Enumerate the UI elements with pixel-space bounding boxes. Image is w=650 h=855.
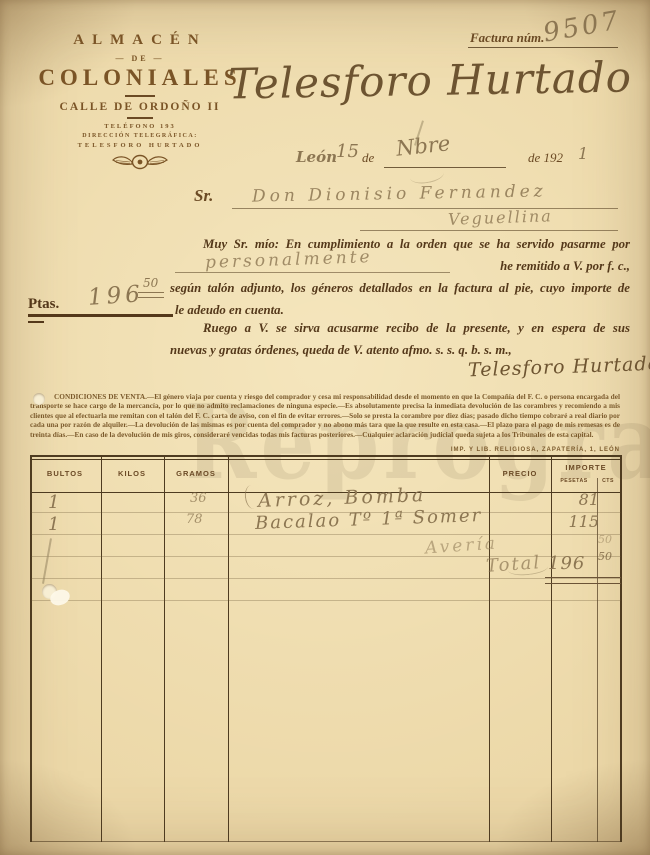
invoice-number-label: Factura núm. xyxy=(470,30,544,46)
table-row: 78 xyxy=(186,512,203,527)
letterhead-address: CALLE DE ORDOÑO II xyxy=(30,101,250,113)
date-de2: de 192 xyxy=(528,150,563,166)
printer-credit: IMP. Y LIB. RELIGIOSA, ZAPATERÍA, 1, LEÓ… xyxy=(400,447,620,453)
table-vline-desc xyxy=(489,455,490,842)
col-header-gramos: GRAMOS xyxy=(166,469,226,478)
pen-flourish-swash xyxy=(507,560,548,577)
body-p2-line2: nuevas y gratas órdenes, queda de V. ate… xyxy=(170,344,630,357)
table-row: 115 xyxy=(555,512,599,531)
table-vline-left xyxy=(30,455,32,842)
col-header-cts: CTS xyxy=(596,478,620,484)
table-total-cts: 50 xyxy=(598,550,612,563)
table-bottom-line xyxy=(30,841,622,842)
table-row: 1 xyxy=(48,514,59,535)
letterhead-phone: TELÉFONO 193 xyxy=(30,123,250,130)
date-de1: de xyxy=(362,150,374,166)
table-top-line-outer xyxy=(30,455,622,457)
table-total-pesetas: 196 xyxy=(548,553,585,574)
body-p1-line2: he remitido a V. por f. c., xyxy=(175,260,630,273)
body-p1-line1: Muy Sr. mío: En cumplimiento a la orden … xyxy=(175,238,630,251)
letterhead-de: — DE — xyxy=(30,54,250,63)
table-top-line-inner xyxy=(30,459,622,460)
ptas-small-dash xyxy=(28,321,44,323)
winged-emblem-icon xyxy=(112,151,168,173)
table-row: 36 xyxy=(190,491,207,506)
date-city: León xyxy=(296,148,337,166)
table-vline-right xyxy=(620,455,622,842)
letterhead-coloniales: COLONIALES xyxy=(20,65,260,91)
col-header-pesetas: PESETAS xyxy=(551,478,597,484)
col-header-precio: PRECIO xyxy=(490,469,550,478)
ptas-thick-underline xyxy=(28,314,173,317)
hole-punch-top xyxy=(33,393,45,405)
table-vline-precio xyxy=(551,455,552,842)
sale-conditions: CONDICIONES DE VENTA.—El género viaja po… xyxy=(30,392,620,439)
table-vline-kilos xyxy=(164,455,165,842)
ptas-value: 196 xyxy=(87,281,145,311)
addressee-name: Don Dionisio Fernandez xyxy=(252,181,547,206)
company-script-title: Telesforo Hurtado xyxy=(228,52,633,108)
letterhead-divider-1 xyxy=(125,95,155,97)
invoice-number-underline xyxy=(468,47,618,48)
letterhead-telegraph-name: TELESFORO HURTADO xyxy=(30,142,250,149)
date-day: 15 xyxy=(336,141,359,162)
table-vline-bultos xyxy=(101,455,102,842)
col-header-importe: IMPORTE xyxy=(553,463,619,472)
body-p1-line4: le adeudo en cuenta. xyxy=(175,304,630,317)
col-header-kilos: KILOS xyxy=(102,469,162,478)
row-rule-2 xyxy=(31,534,621,535)
date-month-underline xyxy=(384,167,506,168)
ptas-cts: 50 xyxy=(143,276,158,290)
col-header-bultos: BULTOS xyxy=(35,469,95,478)
total-double-underline xyxy=(545,577,621,584)
table-row: 50 xyxy=(598,533,612,546)
letterhead-divider-2 xyxy=(127,117,153,119)
table-row: 81 xyxy=(555,490,599,509)
date-year-digit: 1 xyxy=(578,144,588,163)
body-p2-line1: Ruego a V. se sirva acusarme recibo de l… xyxy=(175,322,630,335)
row-rule-4 xyxy=(31,578,621,579)
pen-flourish-stroke xyxy=(42,538,51,584)
ptas-cts-double-rule xyxy=(138,292,164,298)
row-rule-5 xyxy=(31,600,621,601)
addressee-location: Veguellina xyxy=(448,206,553,229)
body-p1-line3: según talón adjunto, los géneros detalla… xyxy=(170,282,630,295)
invoice-number-value: 9507 xyxy=(541,5,623,48)
table-vline-gramos xyxy=(228,455,229,842)
pen-flourish-bracket xyxy=(243,484,261,510)
date-month: Nbre xyxy=(395,131,452,161)
invoice-document: Reprografía ALMACÉN — DE — COLONIALES CA… xyxy=(0,0,650,855)
table-row: 1 xyxy=(48,492,59,513)
addressee-location-underline xyxy=(360,230,618,231)
addressee-name-underline xyxy=(232,208,618,209)
ptas-label: Ptas. xyxy=(28,296,59,313)
letterhead-almacen: ALMACÉN xyxy=(30,32,250,49)
letterhead-telegraph-label: DIRECCIÓN TELEGRÁFICA: xyxy=(30,133,250,139)
addressee-label: Sr. xyxy=(194,186,213,206)
